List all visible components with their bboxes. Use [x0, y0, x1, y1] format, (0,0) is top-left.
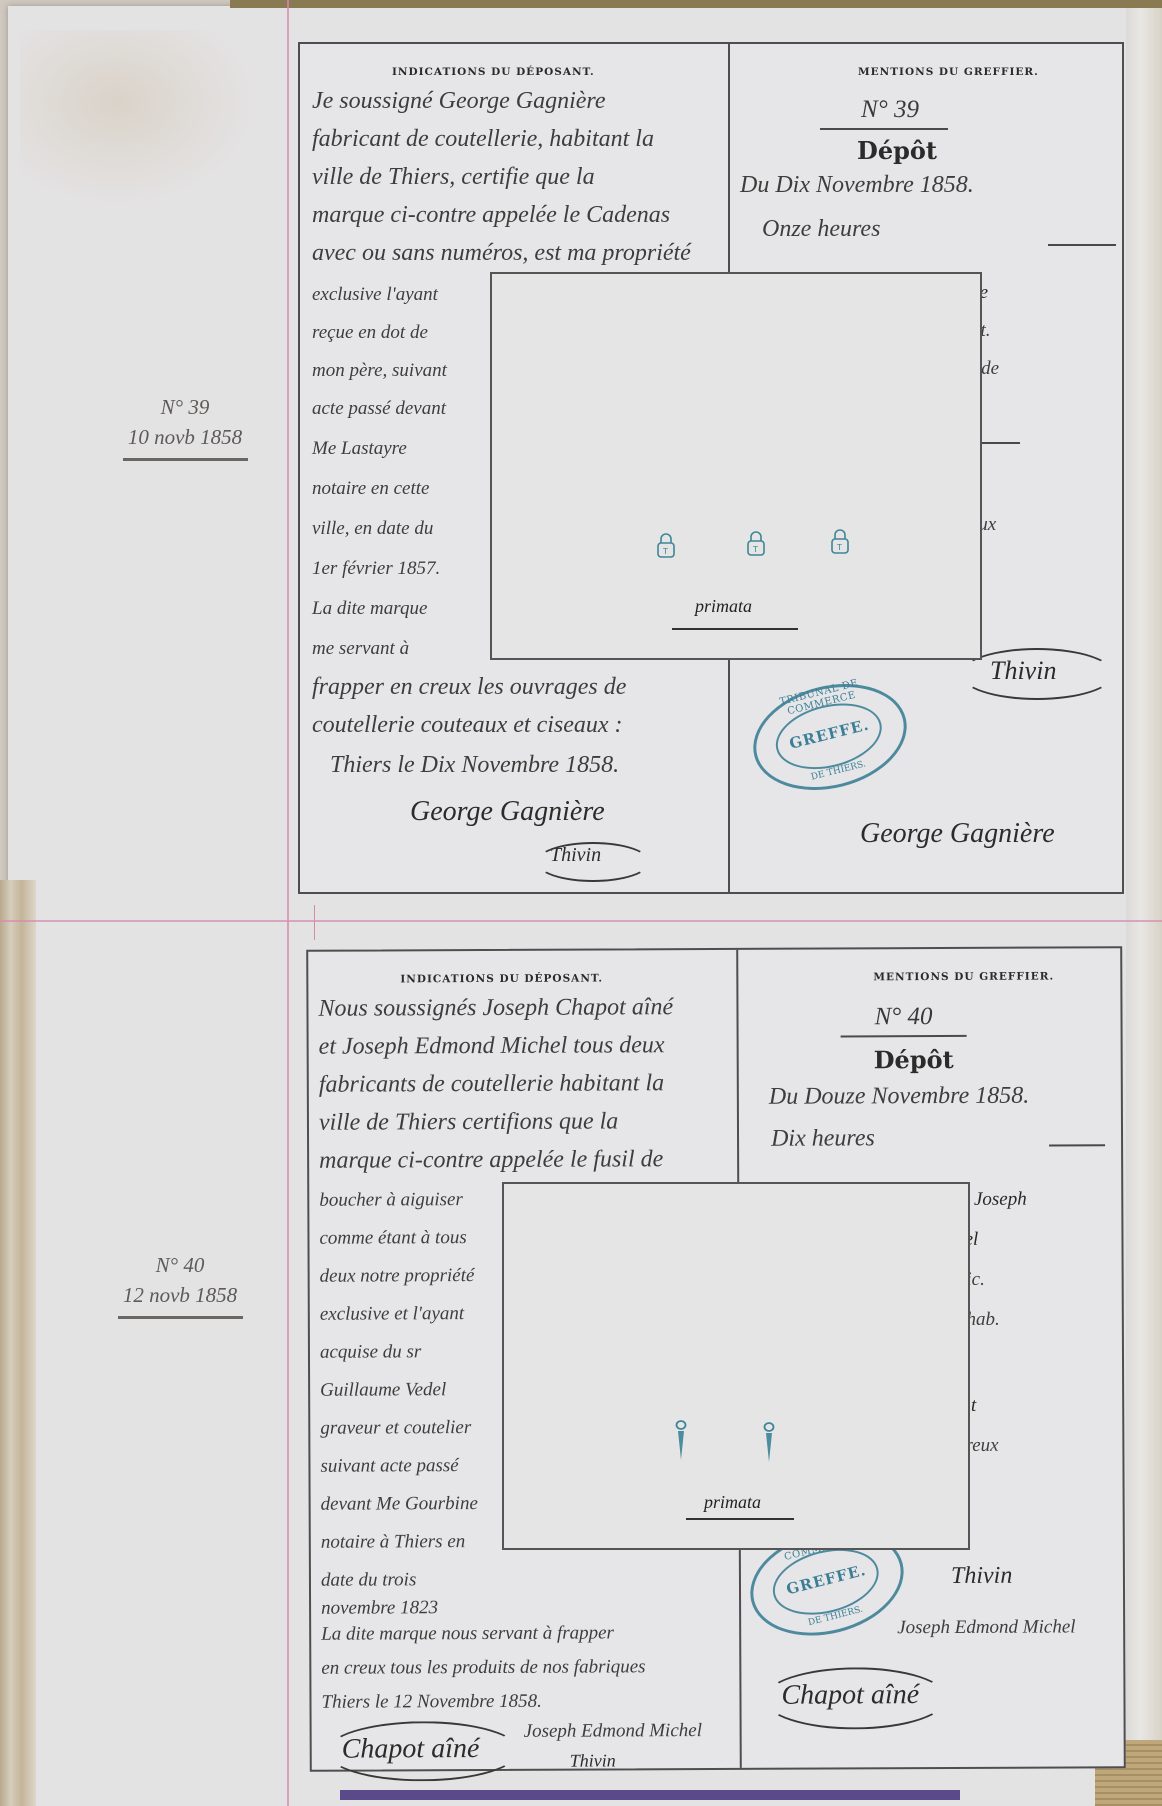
- deposant-line: date du trois: [321, 1569, 416, 1591]
- depot-time: Onze heures: [762, 216, 880, 243]
- column-divider: [728, 659, 730, 892]
- deposant-header: INDICATIONS DU DÉPOSANT.: [400, 972, 603, 985]
- number-underline: [820, 128, 948, 130]
- entry-number: N° 39: [820, 96, 960, 124]
- margin-entry-reference: N° 40 12 novb 1858: [100, 1250, 260, 1319]
- clerk-paraph: Thivin: [570, 1750, 616, 1771]
- greffier-header: MENTIONS DU GREFFIER.: [873, 971, 1054, 984]
- deposant-header: INDICATIONS DU DÉPOSANT.: [392, 66, 595, 78]
- padlock-icon: T: [829, 528, 851, 556]
- trademark-name: primata: [704, 1492, 761, 1513]
- margin-date: 12 novb 1858: [100, 1280, 260, 1310]
- deposant-line: fabricants de coutellerie habitant la: [319, 1070, 664, 1099]
- dash-line: [1048, 244, 1116, 246]
- column-divider: [728, 44, 730, 284]
- deposant-line: acte passé devant: [312, 398, 446, 420]
- sharpening-steel-icon: [674, 1420, 688, 1462]
- depot-date: Du Douze Novembre 1858.: [769, 1083, 1030, 1111]
- greffier-paraph: Thivin: [951, 1563, 1012, 1590]
- deposant-line: notaire à Thiers en: [321, 1531, 466, 1554]
- greffier-signature: George Gagnière: [860, 818, 1055, 850]
- deposant-line: 1er février 1857.: [312, 558, 440, 580]
- deposant-line: Me Lastayre: [312, 438, 407, 460]
- margin-ruling-line: [287, 0, 289, 1806]
- svg-text:T: T: [662, 547, 668, 556]
- greffier-header: MENTIONS DU GREFFIER.: [858, 66, 1039, 78]
- deposant-line: en creux tous les produits de nos fabriq…: [321, 1656, 645, 1679]
- dash-line: [1049, 1144, 1105, 1146]
- trademark-box-39: T T T primata: [490, 272, 982, 660]
- deposant-line: devant Me Gourbine: [321, 1493, 478, 1516]
- column-divider: [739, 1550, 742, 1768]
- deposant-line: coutellerie couteaux et ciseaux :: [312, 712, 623, 739]
- deposant-line: reçue en dot de: [312, 322, 428, 344]
- greffier-cosignature: Joseph Edmond Michel: [897, 1616, 1075, 1639]
- deposant-line: suivant acte passé: [320, 1455, 458, 1478]
- depot-title: Dépôt: [874, 1045, 954, 1074]
- deposant-line: acquise du sr: [320, 1341, 421, 1363]
- deposant-line: Je soussigné George Gagnière: [312, 88, 605, 115]
- entry-number: N° 40: [833, 1003, 973, 1032]
- book-cover-edge: [230, 0, 1162, 8]
- book-binding: [0, 880, 36, 1806]
- deposant-line: frapper en creux les ouvrages de: [312, 674, 626, 701]
- deposant-line: comme étant à tous: [319, 1227, 466, 1250]
- deposant-line: La dite marque nous servant à frapper: [321, 1622, 614, 1645]
- trademark-box-40: primata: [502, 1182, 970, 1550]
- depot-title: Dépôt: [857, 136, 937, 165]
- deposant-line: ville de Thiers certifions que la: [319, 1108, 618, 1136]
- paper-stain: [20, 30, 260, 210]
- deposant-line: notaire en cette: [312, 478, 429, 500]
- deposant-line: marque ci-contre appelée le Cadenas: [312, 202, 670, 229]
- deposant-date: Thiers le Dix Novembre 1858.: [330, 752, 619, 779]
- sharpening-steel-icon: [762, 1422, 776, 1464]
- entry-separator-line: [0, 920, 1162, 922]
- deposant-signature: George Gagnière: [410, 796, 605, 828]
- deposant-line: exclusive et l'ayant: [320, 1303, 464, 1326]
- deposant-line: novembre 1823: [321, 1597, 438, 1620]
- paraph-flourish: [536, 842, 650, 882]
- margin-number: N° 39: [110, 392, 260, 422]
- page-edge: [1126, 0, 1162, 1806]
- trademark-name: primata: [695, 596, 752, 617]
- margin-underline: [118, 1316, 243, 1319]
- deposant-date: Thiers le 12 Novembre 1858.: [321, 1691, 542, 1714]
- deposant-line: Nous soussignés Joseph Chapot aîné: [318, 994, 673, 1023]
- padlock-icon: T: [745, 530, 767, 558]
- deposant-line: me servant à: [312, 638, 409, 660]
- deposant-line: exclusive l'ayant: [312, 284, 438, 306]
- padlock-icon: T: [655, 532, 677, 560]
- deposant-line: ville, en date du: [312, 518, 433, 540]
- deposant-line: La dite marque: [312, 598, 427, 620]
- ruling-tick: [314, 905, 315, 940]
- greffe-stamp: TRIBUNAL DE COMMERCE GREFFE. DE THIERS.: [742, 669, 918, 806]
- deposant-line: marque ci-contre appelée le fusil de: [319, 1146, 663, 1175]
- deposant-cosignature: Joseph Edmond Michel: [524, 1720, 702, 1743]
- margin-entry-reference: N° 39 10 novb 1858: [110, 392, 260, 461]
- deposant-line: ville de Thiers, certifie que la: [312, 164, 595, 191]
- signature-flourish: [763, 1667, 947, 1730]
- deposant-line: mon père, suivant: [312, 360, 447, 382]
- trademark-underline: [672, 628, 798, 630]
- column-divider: [736, 950, 739, 1188]
- depot-time: Dix heures: [771, 1125, 875, 1152]
- deposant-line: avec ou sans numéros, est ma propriété: [312, 240, 691, 267]
- depot-date: Du Dix Novembre 1858.: [740, 172, 974, 199]
- deposant-line: graveur et coutelier: [320, 1417, 471, 1440]
- svg-text:T: T: [752, 545, 758, 554]
- cover-band: [340, 1790, 960, 1800]
- trademark-underline: [686, 1518, 794, 1520]
- svg-text:T: T: [836, 543, 842, 552]
- deposant-line: et Joseph Edmond Michel tous deux: [319, 1032, 665, 1061]
- deposant-line: deux notre propriété: [320, 1265, 475, 1288]
- deposant-line: Guillaume Vedel: [320, 1379, 446, 1402]
- number-underline: [841, 1035, 967, 1038]
- margin-date: 10 novb 1858: [110, 422, 260, 452]
- margin-underline: [123, 458, 248, 461]
- deposant-line: fabricant de coutellerie, habitant la: [312, 126, 654, 153]
- paraph-flourish: [960, 648, 1114, 700]
- deposant-line: boucher à aiguiser: [319, 1189, 463, 1212]
- margin-number: N° 40: [100, 1250, 260, 1280]
